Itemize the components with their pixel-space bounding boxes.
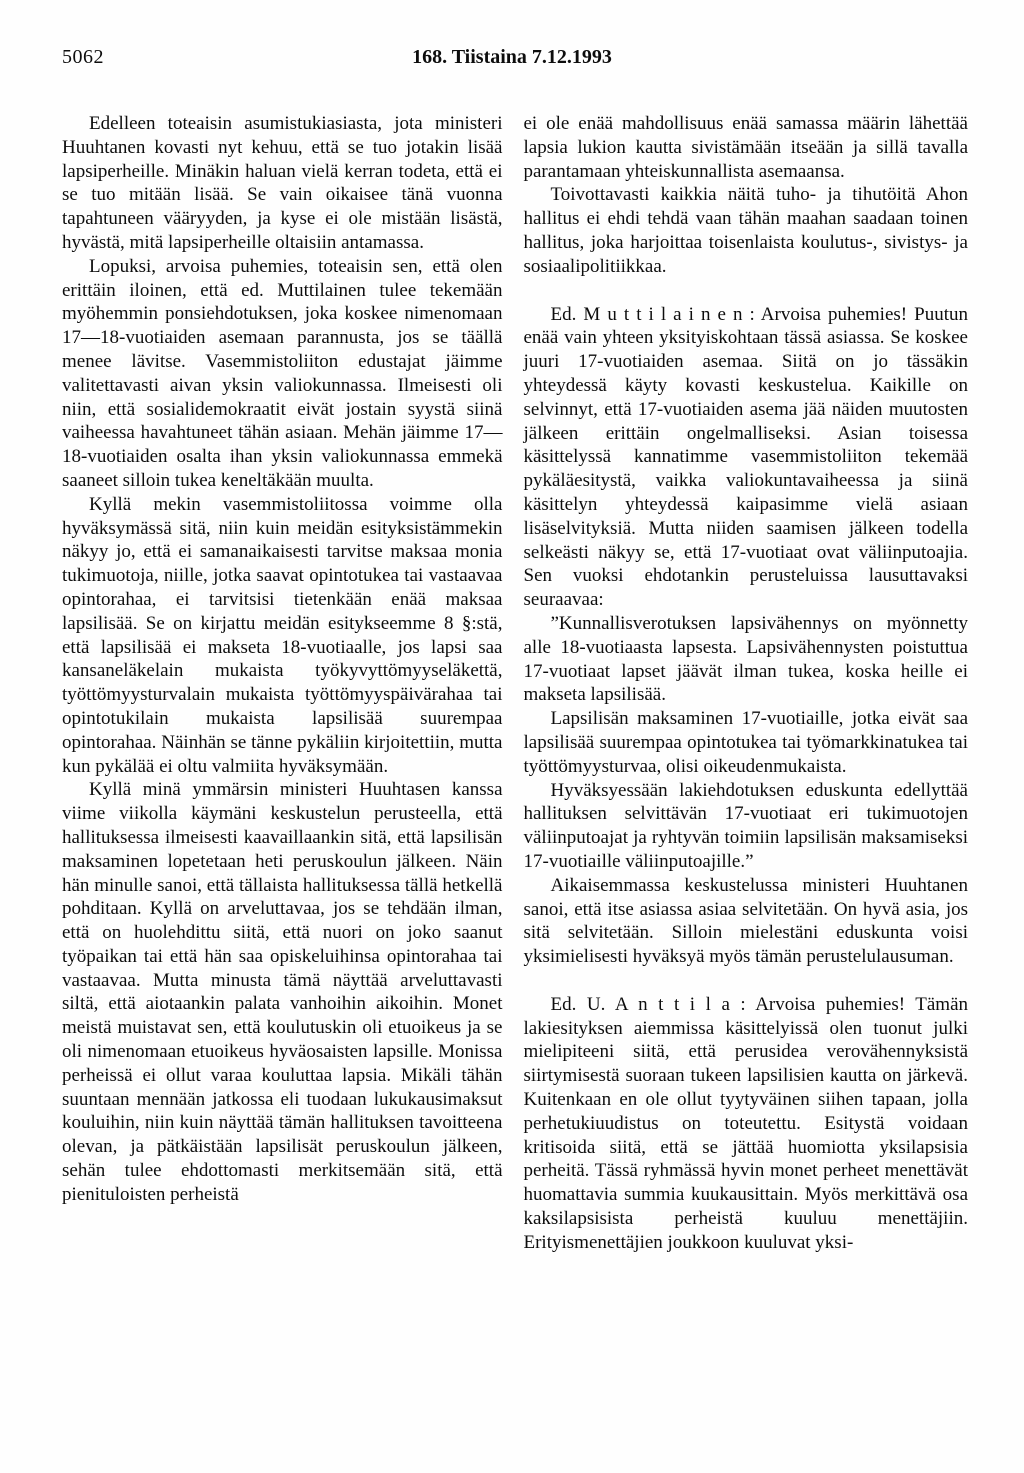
paragraph: Edelleen toteaisin asumistukiasiasta, jo… <box>62 112 503 255</box>
speech-start-paragraph: Ed. U. A n t t i l a : Arvoisa puhemies!… <box>524 993 969 1255</box>
text-columns: Edelleen toteaisin asumistukiasiasta, jo… <box>0 112 1024 1255</box>
session-header-title: 168. Tiistaina 7.12.1993 <box>0 46 1024 69</box>
paragraph: Aikaisemmassa keskustelussa ministeri Hu… <box>524 874 969 969</box>
paragraph: Lopuksi, arvoisa puhemies, toteaisin sen… <box>62 255 503 493</box>
document-page: 5062 168. Tiistaina 7.12.1993 Edelleen t… <box>0 0 1024 1473</box>
paragraph: Kyllä mekin vasemmistoliitossa voimme ol… <box>62 493 503 779</box>
column-right: ei ole enää mahdollisuus enää samassa mä… <box>524 112 969 1255</box>
paragraph: ei ole enää mahdollisuus enää samassa mä… <box>524 112 969 183</box>
paragraph: ”Kunnallisverotuksen lapsivähennys on my… <box>524 612 969 707</box>
column-left: Edelleen toteaisin asumistukiasiasta, jo… <box>62 112 503 1207</box>
paragraph: Hyväksyessään lakiehdotuksen eduskunta e… <box>524 779 969 874</box>
page-header: 5062 168. Tiistaina 7.12.1993 <box>0 46 1024 76</box>
paragraph: Toivottavasti kaikkia näitä tuho- ja tih… <box>524 183 969 278</box>
paragraph: Kyllä minä ymmärsin ministeri Huuhtasen … <box>62 778 503 1206</box>
speech-start-paragraph: Ed. M u t t i l a i n e n : Arvoisa puhe… <box>524 303 969 612</box>
paragraph: Lapsilisän maksaminen 17-vuotiaille, jot… <box>524 707 969 778</box>
